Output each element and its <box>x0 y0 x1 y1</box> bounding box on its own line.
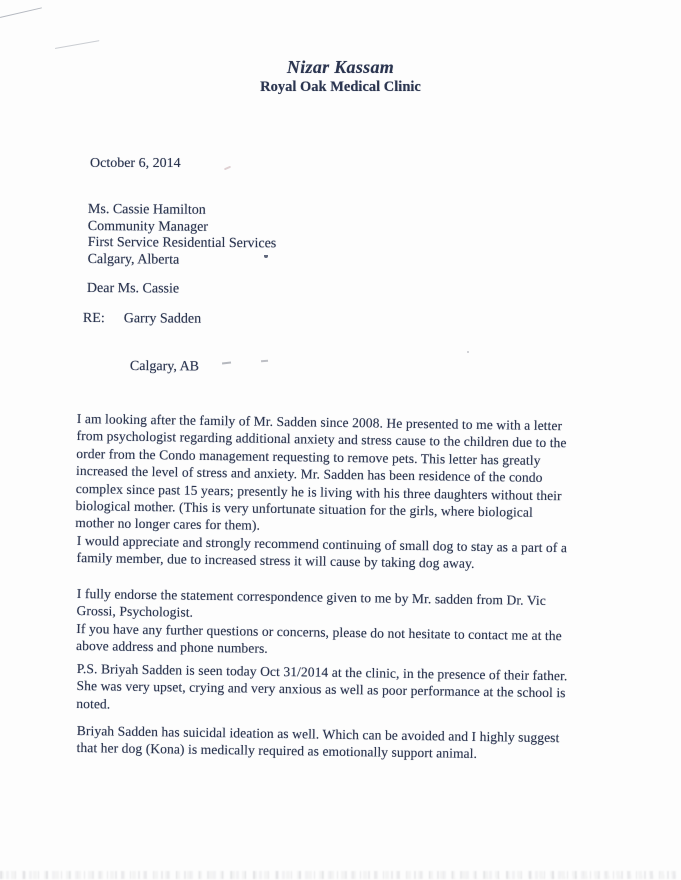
letterhead-organization: Royal Oak Medical Clinic <box>0 79 681 96</box>
recipient-line: Ms. Cassie Hamilton <box>88 202 277 220</box>
recipient-address-block: Ms. Cassie Hamilton Community Manager Fi… <box>88 202 277 270</box>
salutation: Dear Ms. Cassie <box>87 281 179 298</box>
body-paragraph-1: I am looking after the family of Mr. Sad… <box>75 410 567 539</box>
scan-dash-mark-icon <box>222 362 231 364</box>
recipient-line: Community Manager <box>88 219 277 237</box>
date-line: October 6, 2014 <box>90 156 181 172</box>
letterhead: Nizar Kassam Royal Oak Medical Clinic <box>0 57 681 96</box>
reference-location: Calgary, AB <box>130 359 199 375</box>
reference-subject: Garry Sadden <box>124 311 201 326</box>
body-paragraph-5: Briyah Sadden has suicidal ideation as w… <box>76 722 559 764</box>
recipient-line: Calgary, Alberta <box>88 252 277 270</box>
scan-smudge-near-date-icon <box>224 166 231 171</box>
scan-stroke-top-left-icon <box>0 7 42 18</box>
recipient-line: First Service Residential Services <box>88 235 277 253</box>
body-paragraph-2: I would appreciate and strongly recommen… <box>76 532 567 574</box>
scanned-letter-page: Nizar Kassam Royal Oak Medical Clinic Oc… <box>0 0 681 880</box>
scan-dash-mark-2-icon <box>261 360 268 362</box>
reference-label: RE: <box>83 311 105 326</box>
scan-dot-mark-icon <box>467 351 469 353</box>
body-paragraph-3: I fully endorse the statement correspond… <box>76 585 562 662</box>
reference-line: RE:Garry Sadden <box>83 311 201 328</box>
scan-stroke-top-left-2-icon <box>55 40 100 49</box>
body-paragraph-4: P.S. Briyah Sadden is seen today Oct 31/… <box>76 660 567 719</box>
letterhead-name: Nizar Kassam <box>0 57 681 78</box>
scan-noise-strip-icon <box>0 871 681 879</box>
